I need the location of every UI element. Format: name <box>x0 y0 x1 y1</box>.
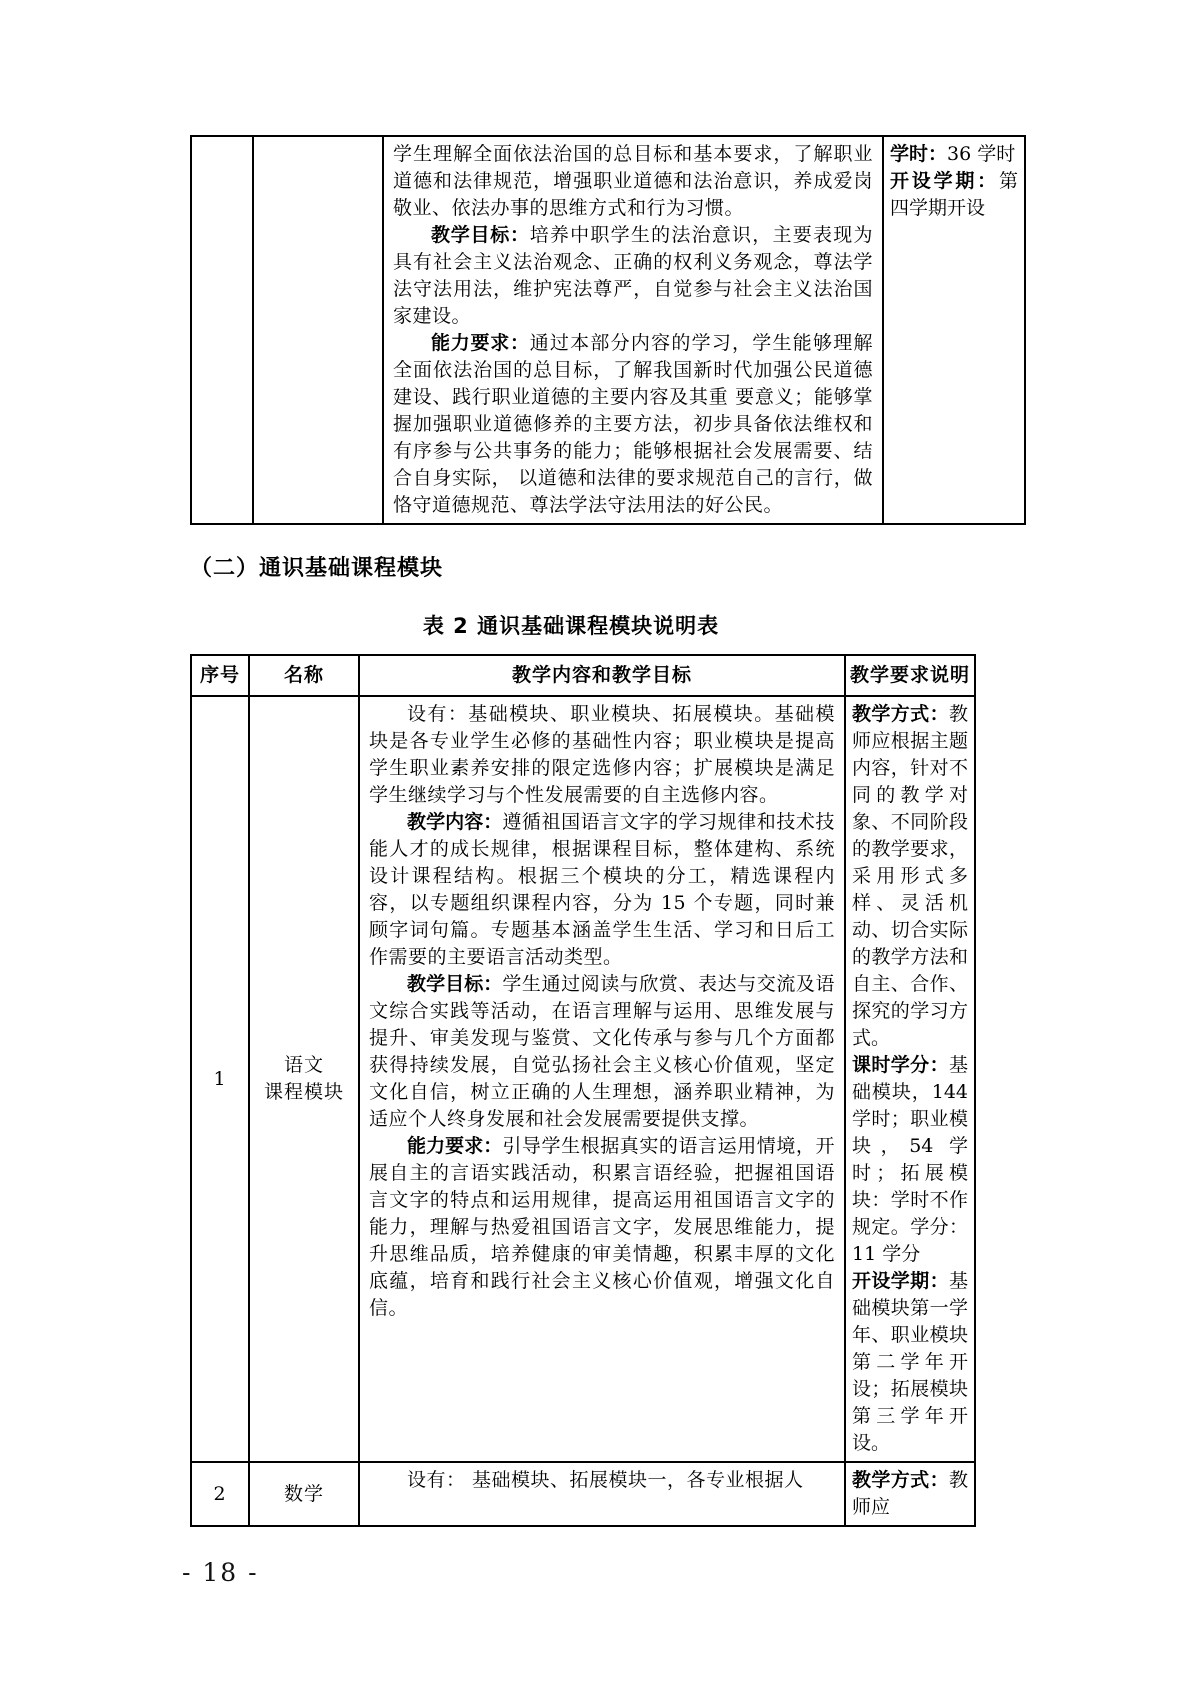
table-caption: 表 2 通识基础课程模块说明表 <box>190 610 952 640</box>
table-row: 1 语文 课程模块 设有：基础模块、职业模块、拓展模块。基础模块是各专业学生必修… <box>191 696 975 1462</box>
paragraph: 教学内容：遵循祖国语言文字的学习规律和技术技能人才的成长规律，根据课程目标，整体… <box>369 809 835 971</box>
header-teaching-requirement: 教学要求说明 <box>845 655 975 696</box>
paragraph: 设有： 基础模块、拓展模块一，各专业根据人 <box>369 1467 835 1494</box>
teaching-requirement-cell: 教学方式：教师应 <box>845 1462 975 1526</box>
paragraph: 教学目标：学生通过阅读与欣赏、表达与交流及语文综合实践等活动，在语言理解与运用、… <box>369 971 835 1133</box>
serial-number-cell: 1 <box>191 696 249 1462</box>
header-teaching-content: 教学内容和教学目标 <box>359 655 845 696</box>
header-name: 名称 <box>249 655 359 696</box>
paragraph: 课时学分：基础模块，144 学时；职业模块，54 学时；拓展模块：学时不作规定。… <box>852 1052 968 1268</box>
empty-number-cell <box>191 136 253 524</box>
paragraph: 教学方式：教师应根据主题内容，针对不同的教学对象、不同阶段的教学要求，采用形式多… <box>852 701 968 1052</box>
paragraph: 学时：36 学时 <box>890 141 1018 168</box>
empty-name-cell <box>253 136 383 524</box>
course-content-cell: 学生理解全面依法治国的总目标和基本要求，了解职业道德和法律规范，增强职业道德和法… <box>383 136 883 524</box>
teaching-requirement-cell: 学时：36 学时开设学期：第四学期开设 <box>883 136 1025 524</box>
header-serial-number: 序号 <box>191 655 249 696</box>
teaching-requirement-cell: 教学方式：教师应根据主题内容，针对不同的教学对象、不同阶段的教学要求，采用形式多… <box>845 696 975 1462</box>
paragraph: 学生理解全面依法治国的总目标和基本要求，了解职业道德和法律规范，增强职业道德和法… <box>393 141 873 222</box>
continuation-table: 学生理解全面依法治国的总目标和基本要求，了解职业道德和法律规范，增强职业道德和法… <box>190 135 1026 525</box>
module-table: 序号 名称 教学内容和教学目标 教学要求说明 1 语文 课程模块 设有：基础模块… <box>190 654 976 1527</box>
serial-number-cell: 2 <box>191 1462 249 1526</box>
paragraph: 教学方式：教师应 <box>852 1467 968 1521</box>
paragraph: 设有：基础模块、职业模块、拓展模块。基础模块是各专业学生必修的基础性内容；职业模… <box>369 701 835 809</box>
course-name-cell: 数学 <box>249 1462 359 1526</box>
section-heading: （二）通识基础课程模块 <box>190 551 952 582</box>
course-content-cell: 设有：基础模块、职业模块、拓展模块。基础模块是各专业学生必修的基础性内容；职业模… <box>359 696 845 1462</box>
table-row: 学生理解全面依法治国的总目标和基本要求，了解职业道德和法律规范，增强职业道德和法… <box>191 136 1025 524</box>
paragraph: 能力要求：通过本部分内容的学习，学生能够理解全面依法治国的总目标，了解我国新时代… <box>393 330 873 519</box>
paragraph: 能力要求：引导学生根据真实的语言运用情境，开展自主的言语实践活动，积累言语经验，… <box>369 1133 835 1322</box>
course-name-cell: 语文 课程模块 <box>249 696 359 1462</box>
paragraph: 开设学期：第四学期开设 <box>890 168 1018 222</box>
document-page: 学生理解全面依法治国的总目标和基本要求，了解职业道德和法律规范，增强职业道德和法… <box>0 0 1191 1684</box>
course-content-cell: 设有： 基础模块、拓展模块一，各专业根据人 <box>359 1462 845 1526</box>
table-row: 2 数学 设有： 基础模块、拓展模块一，各专业根据人 教学方式：教师应 <box>191 1462 975 1526</box>
paragraph: 开设学期：基础模块第一学年、职业模块第二学年开设；拓展模块第三学年开设。 <box>852 1268 968 1457</box>
page-content: 学生理解全面依法治国的总目标和基本要求，了解职业道德和法律规范，增强职业道德和法… <box>190 135 952 1527</box>
paragraph: 教学目标：培养中职学生的法治意识，主要表现为具有社会主义法治观念、正确的权利义务… <box>393 222 873 330</box>
header-row: 序号 名称 教学内容和教学目标 教学要求说明 <box>191 655 975 696</box>
page-number: - 18 - <box>182 1558 259 1587</box>
